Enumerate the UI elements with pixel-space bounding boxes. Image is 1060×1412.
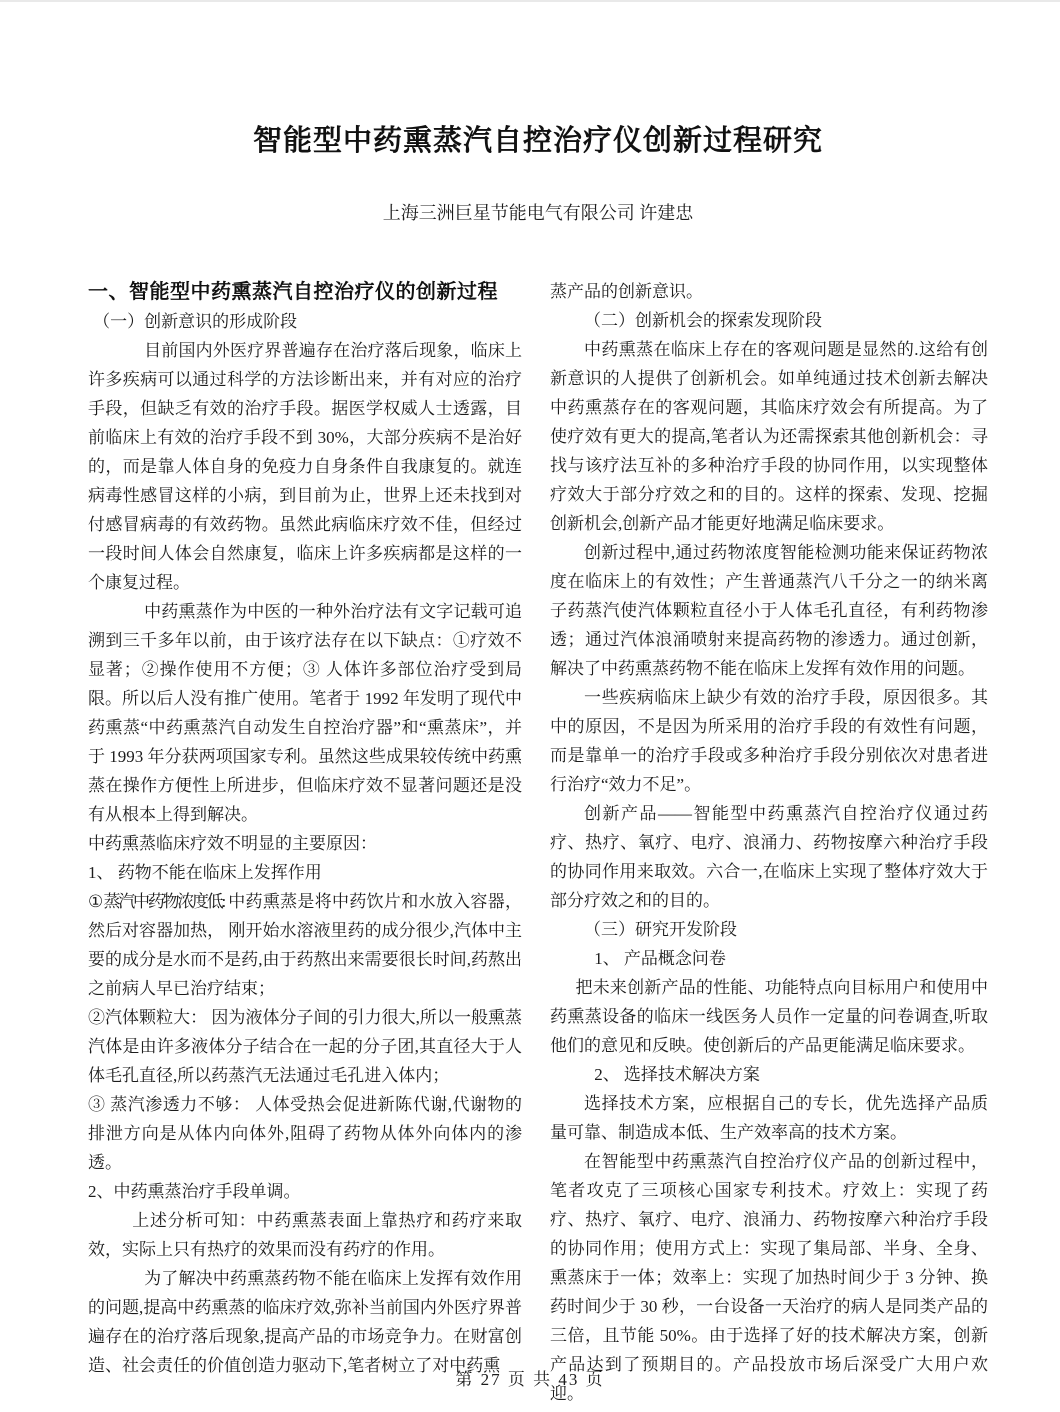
list-item-2: 2、中药熏蒸治疗手段单调。 xyxy=(88,1177,522,1206)
paragraph: 创新产品——智能型中药熏蒸汽自控治疗仪通过药疗、热疗、氧疗、电疗、浪涌力、药物按… xyxy=(550,799,988,915)
page-title: 智能型中药熏蒸汽自控治疗仪创新过程研究 xyxy=(88,118,988,159)
paragraph: 上述分析可知：中药熏蒸表面上靠热疗和药疗来取效，实际上只有热疗的效果而没有药疗的… xyxy=(88,1206,522,1264)
page-top-border xyxy=(0,0,1060,2)
paragraph: ①蒸汽中药物浓度低: 中药熏蒸是将中药饮片和水放入容器，然后对容器加热， 刚开始… xyxy=(88,887,522,1003)
paragraph: 为了解决中药熏蒸药物不能在临床上发挥有效作用的问题,提高中药熏蒸的临床疗效,弥补… xyxy=(88,1264,522,1380)
section-heading: 一、智能型中药熏蒸汽自控治疗仪的创新过程 xyxy=(88,277,522,307)
list-item-1: 1、 产品概念问卷 xyxy=(550,944,988,973)
document-page: 智能型中药熏蒸汽自控治疗仪创新过程研究 上海三洲巨星节能电气有限公司 许建忠 一… xyxy=(0,0,1060,1408)
list-item-1: 1、 药物不能在临床上发挥作用 xyxy=(88,858,522,887)
paragraph: 蒸产品的创新意识。 xyxy=(550,277,988,306)
subsection-heading-1: （一）创新意识的形成阶段 xyxy=(88,307,522,336)
list-item-2: 2、 选择技术解决方案 xyxy=(550,1060,988,1089)
paragraph: 目前国内外医疗界普遍存在治疗落后现象，临床上许多疾病可以通过科学的方法诊断出来，… xyxy=(88,336,522,597)
two-column-body: 一、智能型中药熏蒸汽自控治疗仪的创新过程 （一）创新意识的形成阶段 目前国内外医… xyxy=(88,277,988,1408)
paragraph: 中药熏蒸临床疗效不明显的主要原因： xyxy=(88,829,522,858)
paragraph: ②汽体颗粒大： 因为液体分子间的引力很大,所以一般熏蒸汽体是由许多液体分子结合在… xyxy=(88,1003,522,1090)
page-footer: 第 27 页 共 43 页 xyxy=(0,1365,1060,1390)
circled-1-marker: ① xyxy=(88,892,104,911)
subsection-heading-3: （三）研究开发阶段 xyxy=(550,915,988,944)
paragraph: 中药熏蒸在临床上存在的客观问题是显然的.这给有创新意识的人提供了创新机会。如单纯… xyxy=(550,335,988,538)
paragraph: 一些疾病临床上缺少有效的治疗手段，原因很多。其中的原因，不是因为所采用的治疗手段… xyxy=(550,683,988,799)
paragraph: ③ 蒸汽渗透力不够： 人体受热会促进新陈代谢,代谢物的排泄方向是从体内向体外,阻… xyxy=(88,1090,522,1177)
right-column: 蒸产品的创新意识。 （二）创新机会的探索发现阶段 中药熏蒸在临床上存在的客观问题… xyxy=(550,277,988,1408)
paragraph: 中药熏蒸作为中医的一种外治疗法有文字记载可追溯到三千多年以前，由于该疗法存在以下… xyxy=(88,597,522,829)
paragraph: 选择技术方案，应根据自己的专长，优先选择产品质量可靠、制造成本低、生产效率高的技… xyxy=(550,1089,988,1147)
subsection-heading-2: （二）创新机会的探索发现阶段 xyxy=(550,306,988,335)
left-column: 一、智能型中药熏蒸汽自控治疗仪的创新过程 （一）创新意识的形成阶段 目前国内外医… xyxy=(88,277,522,1408)
paragraph: 把未来创新产品的性能、功能特点向目标用户和使用中药熏蒸设备的临床一线医务人员作一… xyxy=(550,973,988,1060)
author-line: 上海三洲巨星节能电气有限公司 许建忠 xyxy=(88,199,988,225)
paragraph: 创新过程中,通过药物浓度智能检测功能来保证药物浓度在临床上的有效性；产生普通蒸汽… xyxy=(550,538,988,683)
squeezed-text: 蒸汽中药物浓度低: xyxy=(104,892,224,911)
